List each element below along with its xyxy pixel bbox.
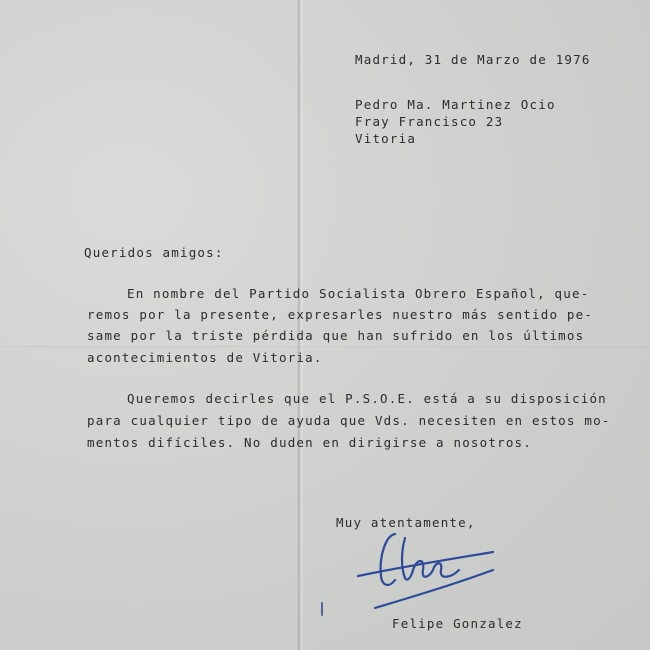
paragraph1-line: En nombre del Partido Socialista Obrero … (127, 286, 589, 301)
paragraph1-line: remos por la presente, expresarles nuest… (87, 307, 593, 322)
date-line: Madrid, 31 de Marzo de 1976 (355, 52, 591, 67)
handwritten-signature (355, 528, 505, 618)
recipient-street: Fray Francisco 23 (355, 114, 503, 129)
salutation: Queridos amigos: (84, 245, 224, 260)
paragraph2-line: Queremos decirles que el P.S.O.E. está a… (127, 391, 607, 406)
paper-fold (0, 345, 650, 347)
signature-name: Felipe Gonzalez (392, 616, 523, 631)
paragraph2-line: mentos difíciles. No duden en dirigirse … (87, 435, 532, 450)
recipient-name: Pedro Ma. Martinez Ocio (355, 97, 556, 112)
letter-page: Madrid, 31 de Marzo de 1976 Pedro Ma. Ma… (0, 0, 650, 650)
paragraph1-line: same por la triste pérdida que han sufri… (87, 328, 584, 343)
recipient-city: Vitoria (355, 131, 416, 146)
paragraph2-line: para cualquier tipo de ayuda que Vds. ne… (87, 413, 611, 428)
paragraph1-line: acontecimientos de Vitoria. (87, 350, 323, 365)
ink-mark (321, 602, 323, 616)
